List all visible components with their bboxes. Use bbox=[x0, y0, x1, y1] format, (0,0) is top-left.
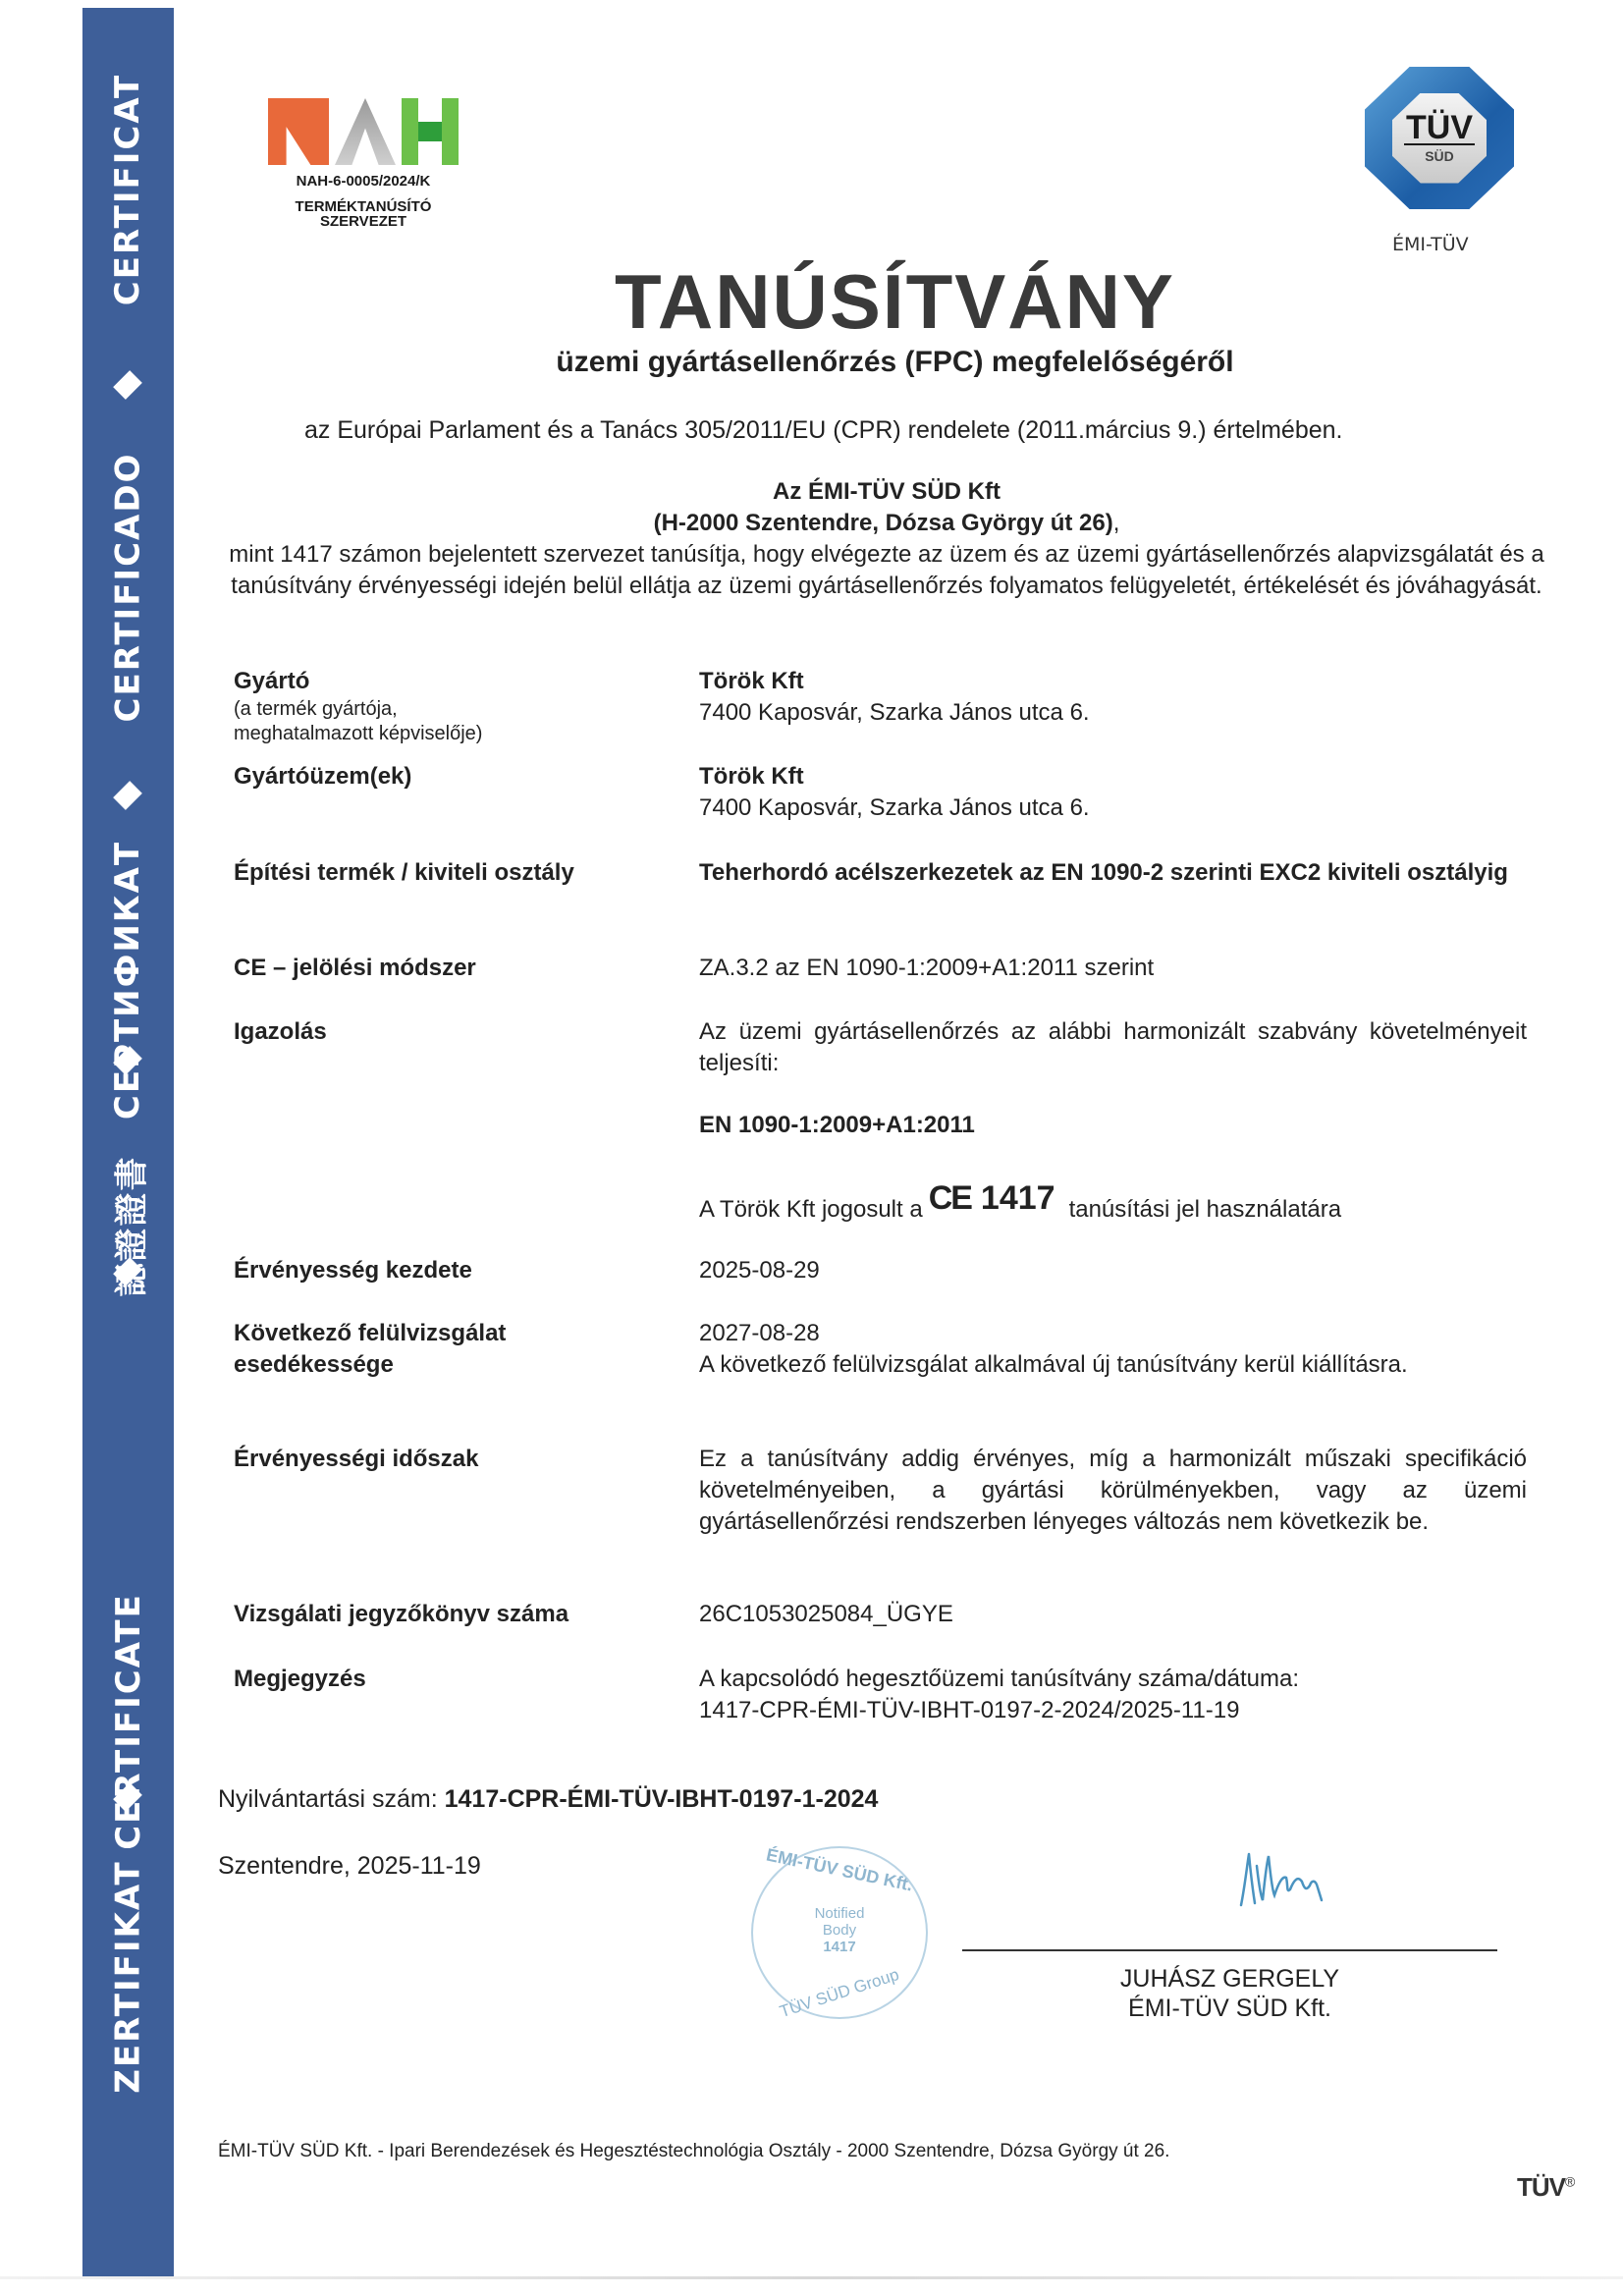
validity-period-value: Ez a tanúsítvány addig érvényes, míg a h… bbox=[699, 1444, 1527, 1538]
certification-statement: mint 1417 számon bejelentett szervezet t… bbox=[224, 539, 1549, 602]
standard-value: EN 1090-1:2009+A1:2011 bbox=[699, 1110, 1527, 1141]
nah-code: NAH-6-0005/2024/K bbox=[250, 173, 476, 190]
nah-letters-icon bbox=[250, 98, 476, 165]
validity-period-label: Érvényességi időszak bbox=[234, 1444, 666, 1475]
nah-org-line2: SZERVEZET bbox=[250, 214, 476, 229]
remark-label: Megjegyzés bbox=[234, 1664, 666, 1695]
page-bottom-edge bbox=[0, 2276, 1623, 2279]
issuer-name: Az ÉMI-TÜV SÜD Kft bbox=[224, 476, 1549, 508]
diamond-icon bbox=[113, 781, 142, 810]
footer-address: ÉMI-TÜV SÜD Kft. - Ipari Berendezések és… bbox=[218, 2141, 1169, 2162]
plant-value: Török Kft 7400 Kaposvár, Szarka János ut… bbox=[699, 761, 1527, 824]
next-review-label: Következő felülvizsgálat esedékessége bbox=[234, 1318, 666, 1381]
signer-company: ÉMI-TÜV SÜD Kft. bbox=[962, 1994, 1497, 2023]
issuer-address: (H-2000 Szentendre, Dózsa György út 26) bbox=[654, 510, 1113, 536]
report-number-label: Vizsgálati jegyzőkönyv száma bbox=[234, 1599, 666, 1630]
place-and-date: Szentendre, 2025-11-19 bbox=[218, 1852, 481, 1881]
remark-value: A kapcsolódó hegesztőüzemi tanúsítvány s… bbox=[699, 1664, 1527, 1726]
ce-mark-statement: A Török Kft jogosult aCE1417tanúsítási j… bbox=[699, 1190, 1527, 1226]
signature-line bbox=[962, 1949, 1497, 1951]
nah-a-icon bbox=[335, 98, 396, 165]
manufacturer-label: Gyártó (a termék gyártója, meghatalmazot… bbox=[234, 666, 666, 746]
next-review-date: 2027-08-28 bbox=[699, 1318, 1527, 1349]
regulation-reference: az Európai Parlament és a Tanács 305/201… bbox=[304, 416, 1343, 445]
tuv-sud-logo: TÜV SÜD bbox=[1365, 67, 1514, 209]
signer-name: JUHÁSZ GERGELY bbox=[962, 1964, 1497, 1994]
nah-accreditation-logo: NAH-6-0005/2024/K TERMÉKTANÚSÍTÓ SZERVEZ… bbox=[250, 98, 476, 229]
nah-n-icon bbox=[268, 98, 329, 165]
document-subtitle: üzemi gyártásellenőrzés (FPC) megfelelős… bbox=[0, 346, 1623, 379]
manufacturer-value: Török Kft 7400 Kaposvár, Szarka János ut… bbox=[699, 666, 1527, 729]
notified-body-number: 1417 bbox=[981, 1179, 1055, 1217]
product-value: Teherhordó acélszerkezetek az EN 1090-2 … bbox=[699, 857, 1527, 889]
product-label: Építési termék / kiviteli osztály bbox=[234, 857, 666, 889]
registration-number: Nyilvántartási szám: 1417-CPR-ÉMI-TÜV-IB… bbox=[218, 1785, 878, 1814]
verification-value: Az üzemi gyártásellenőrzés az alábbi har… bbox=[699, 1016, 1527, 1079]
band-word-sertifikat: СЕРТИФИКАТ bbox=[82, 847, 174, 1113]
band-word-zertifikat: ZERTIFIKAT bbox=[82, 1839, 174, 2114]
nah-org-line1: TERMÉKTANÚSÍTÓ bbox=[250, 199, 476, 214]
next-review-note: A következő felülvizsgálat alkalmával új… bbox=[699, 1349, 1527, 1381]
band-word-certificado: CERTIFICADO bbox=[82, 440, 174, 735]
tuv-octagon-icon: TÜV SÜD bbox=[1365, 67, 1514, 209]
signer-block: JUHÁSZ GERGELY ÉMI-TÜV SÜD Kft. bbox=[962, 1964, 1497, 2023]
verification-label: Igazolás bbox=[234, 1016, 666, 1048]
signature-icon bbox=[1227, 1846, 1345, 1915]
ce-method-label: CE – jelölési módszer bbox=[234, 953, 666, 984]
notified-body-stamp: ÉMI-TÜV SÜD Kft. Notified Body 1417 TÜV … bbox=[751, 1846, 928, 2019]
band-word-certificate: CERTIFICATE bbox=[82, 1574, 174, 1869]
document-title: TANÚSÍTVÁNY bbox=[0, 257, 1623, 347]
nah-h-icon bbox=[402, 98, 459, 165]
band-word-cjk: 認證證書 bbox=[82, 1098, 174, 1353]
valid-from-value: 2025-08-29 bbox=[699, 1255, 1527, 1286]
next-review-value: 2027-08-28 A következő felülvizsgálat al… bbox=[699, 1318, 1527, 1381]
ce-mark-icon: CE bbox=[929, 1179, 971, 1217]
tuv-registered-mark: TÜV® bbox=[1517, 2172, 1574, 2203]
valid-from-label: Érvényesség kezdete bbox=[234, 1255, 666, 1286]
tuv-caption: ÉMI-TÜV bbox=[1392, 234, 1469, 255]
plant-label: Gyártóüzem(ek) bbox=[234, 761, 666, 793]
ce-method-value: ZA.3.2 az EN 1090-1:2009+A1:2011 szerint bbox=[699, 953, 1527, 984]
report-number-value: 26C1053025084_ÜGYE bbox=[699, 1599, 1527, 1630]
intro-statement: Az ÉMI-TÜV SÜD Kft (H-2000 Szentendre, D… bbox=[224, 476, 1549, 602]
